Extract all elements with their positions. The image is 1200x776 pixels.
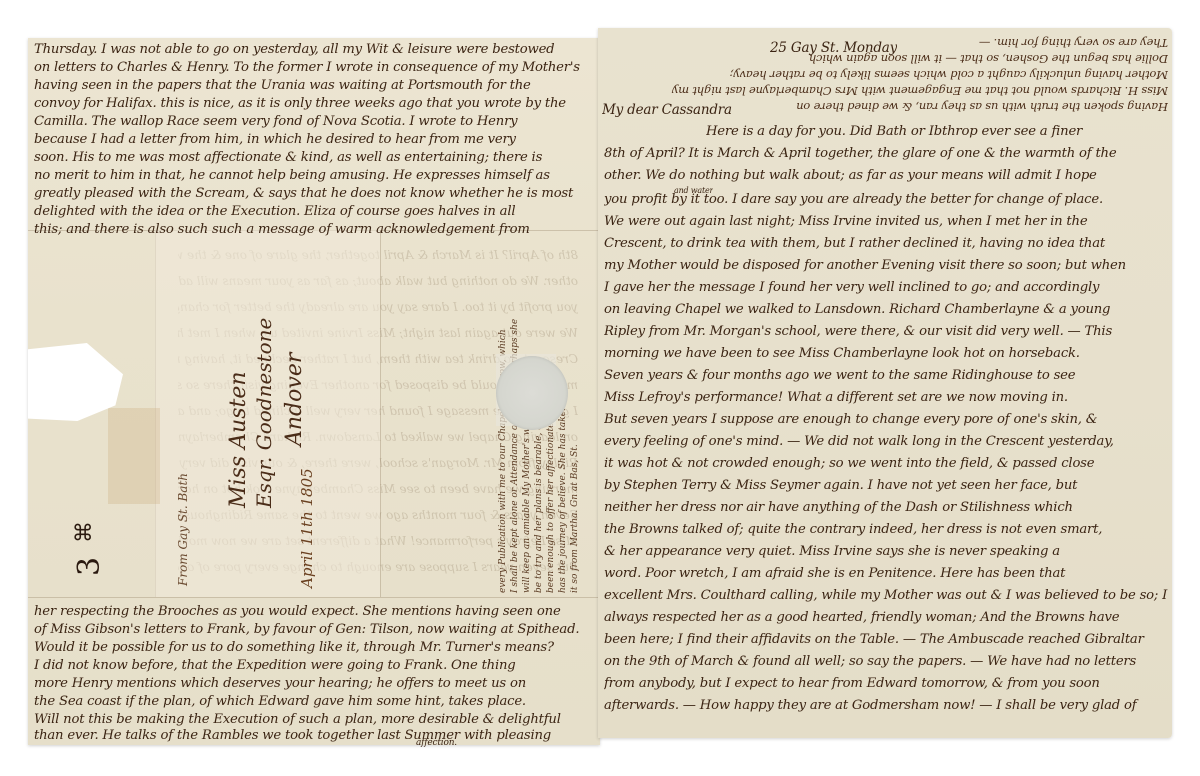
address-sender-note: From Gay St. Bath (176, 473, 190, 586)
letter-line: every feeling of one's mind. — We did no… (604, 434, 1169, 449)
address-place: Andover (282, 353, 307, 446)
letter-right-page: 25 Gay St. Monday They are so very thing… (598, 28, 1172, 738)
letter-line: the Browns talked of; quite the contrary… (604, 522, 1169, 537)
letter-line: I did not know before, that the Expediti… (34, 658, 594, 673)
letter-line: greatly pleased with the Scream, & says … (34, 186, 594, 201)
letter-line: neither her dress nor air have anything … (604, 500, 1169, 515)
letter-line: Thursday. I was not able to go on yester… (34, 42, 594, 57)
letter-line: But seven years I suppose are enough to … (604, 412, 1169, 427)
letter-line: my Mother would be disposed for another … (604, 258, 1169, 273)
letter-line: delighted with the idea or the Execution… (34, 204, 594, 219)
letter-line: by Stephen Terry & Miss Seymer again. I … (604, 478, 1169, 493)
postage-cross: ⌘ (72, 521, 97, 543)
letter-line: than ever. He talks of the Rambles we to… (34, 728, 594, 743)
letter-line: excellent Mrs. Coulthard calling, while … (604, 588, 1169, 603)
letter-line: been here; I find their affidavits on th… (604, 632, 1169, 647)
upside-down-line: They are so very thing for him. — (898, 36, 1168, 50)
letter-left-page: 8th of April? It is March & April togeth… (28, 38, 600, 745)
letter-line: 8th of April? It is March & April togeth… (604, 146, 1169, 161)
letter-line: Camilla. The wallop Race seem very fond … (34, 114, 594, 129)
letter-line: Crescent, to drink tea with them, but I … (604, 236, 1169, 251)
letter-line: afterwards. — How happy they are at Godm… (604, 698, 1169, 713)
letter-line: it was hot & not crowded enough; so we w… (604, 456, 1169, 471)
side-note-line: it so from Martha. Gn at Bas, St. (570, 444, 580, 593)
address-care-of: Esqr. Goodnestone (252, 318, 276, 508)
upside-down-line: Mother having unluckily caught a cold wh… (608, 68, 1168, 82)
address-date: April 11th 1805 (298, 468, 316, 588)
letter-line: because I had a letter from him, in whic… (34, 132, 594, 147)
letter-line: from anybody, but I expect to hear from … (604, 676, 1169, 691)
letter-line: her respecting the Brooches as you would… (34, 604, 594, 619)
letter-line: you profit by it too. I dare say you are… (604, 192, 1169, 207)
fold-line (380, 230, 381, 597)
wax-seal (496, 356, 568, 430)
letter-line: this; and there is also such such a mess… (34, 222, 594, 237)
letter-line: no merit to him in that, he cannot help … (34, 168, 594, 183)
letter-line: convoy for Halifax. this is nice, as it … (34, 96, 594, 111)
letter-line: Seven years & four months ago we went to… (604, 368, 1169, 383)
letter-line: Will not this be making the Execution of… (34, 712, 594, 727)
letter-line: I gave her the message I found her very … (604, 280, 1169, 295)
letter-line: on leaving Chapel we walked to Lansdown.… (604, 302, 1169, 317)
letter-line: on letters to Charles & Henry. To the fo… (34, 60, 594, 75)
side-note-line: has the journey of believe. She has take… (558, 405, 568, 593)
letter-line: soon. His to me was most affectionate & … (34, 150, 594, 165)
letter-line: & her appearance very quiet. Miss Irvine… (604, 544, 1169, 559)
letter-line: other. We do nothing but walk about; as … (604, 168, 1169, 183)
letter-line: always respected her as a good hearted, … (604, 610, 1169, 625)
upside-down-line: Miss H. Richards would not that me Engag… (608, 84, 1168, 98)
letter-line: Here is a day for you. Did Bath or Ibthr… (706, 124, 1166, 139)
letter-line: Ripley from Mr. Morgan's school, were th… (604, 324, 1169, 339)
paper-stain (108, 408, 160, 504)
letter-line: of Miss Gibson's letters to Frank, by fa… (34, 622, 594, 637)
letter-line: Miss Lefroy's performance! What a differ… (604, 390, 1169, 405)
address-recipient: Miss Austen (226, 371, 251, 508)
letter-line: word. Poor wretch, I am afraid she is en… (604, 566, 1169, 581)
upside-down-line: Dollie has begun the Goshen, so that — i… (608, 52, 1168, 66)
letter-line: having seen in the papers that the Urani… (34, 78, 594, 93)
salutation: My dear Cassandra (602, 102, 732, 118)
letter-line: more Henry mentions which deserves your … (34, 676, 594, 691)
letter-line: morning we have been to see Miss Chamber… (604, 346, 1169, 361)
letter-line: on the 9th of March & found all well; so… (604, 654, 1169, 669)
letter-line: Would it be possible for us to do someth… (34, 640, 594, 655)
letter-line: We were out again last night; Miss Irvin… (604, 214, 1169, 229)
letter-line: the Sea coast if the plan, of which Edwa… (34, 694, 594, 709)
interlinear-word: affection. (416, 738, 457, 748)
fold-line (28, 597, 600, 598)
postage-mark: 3 (72, 557, 107, 576)
